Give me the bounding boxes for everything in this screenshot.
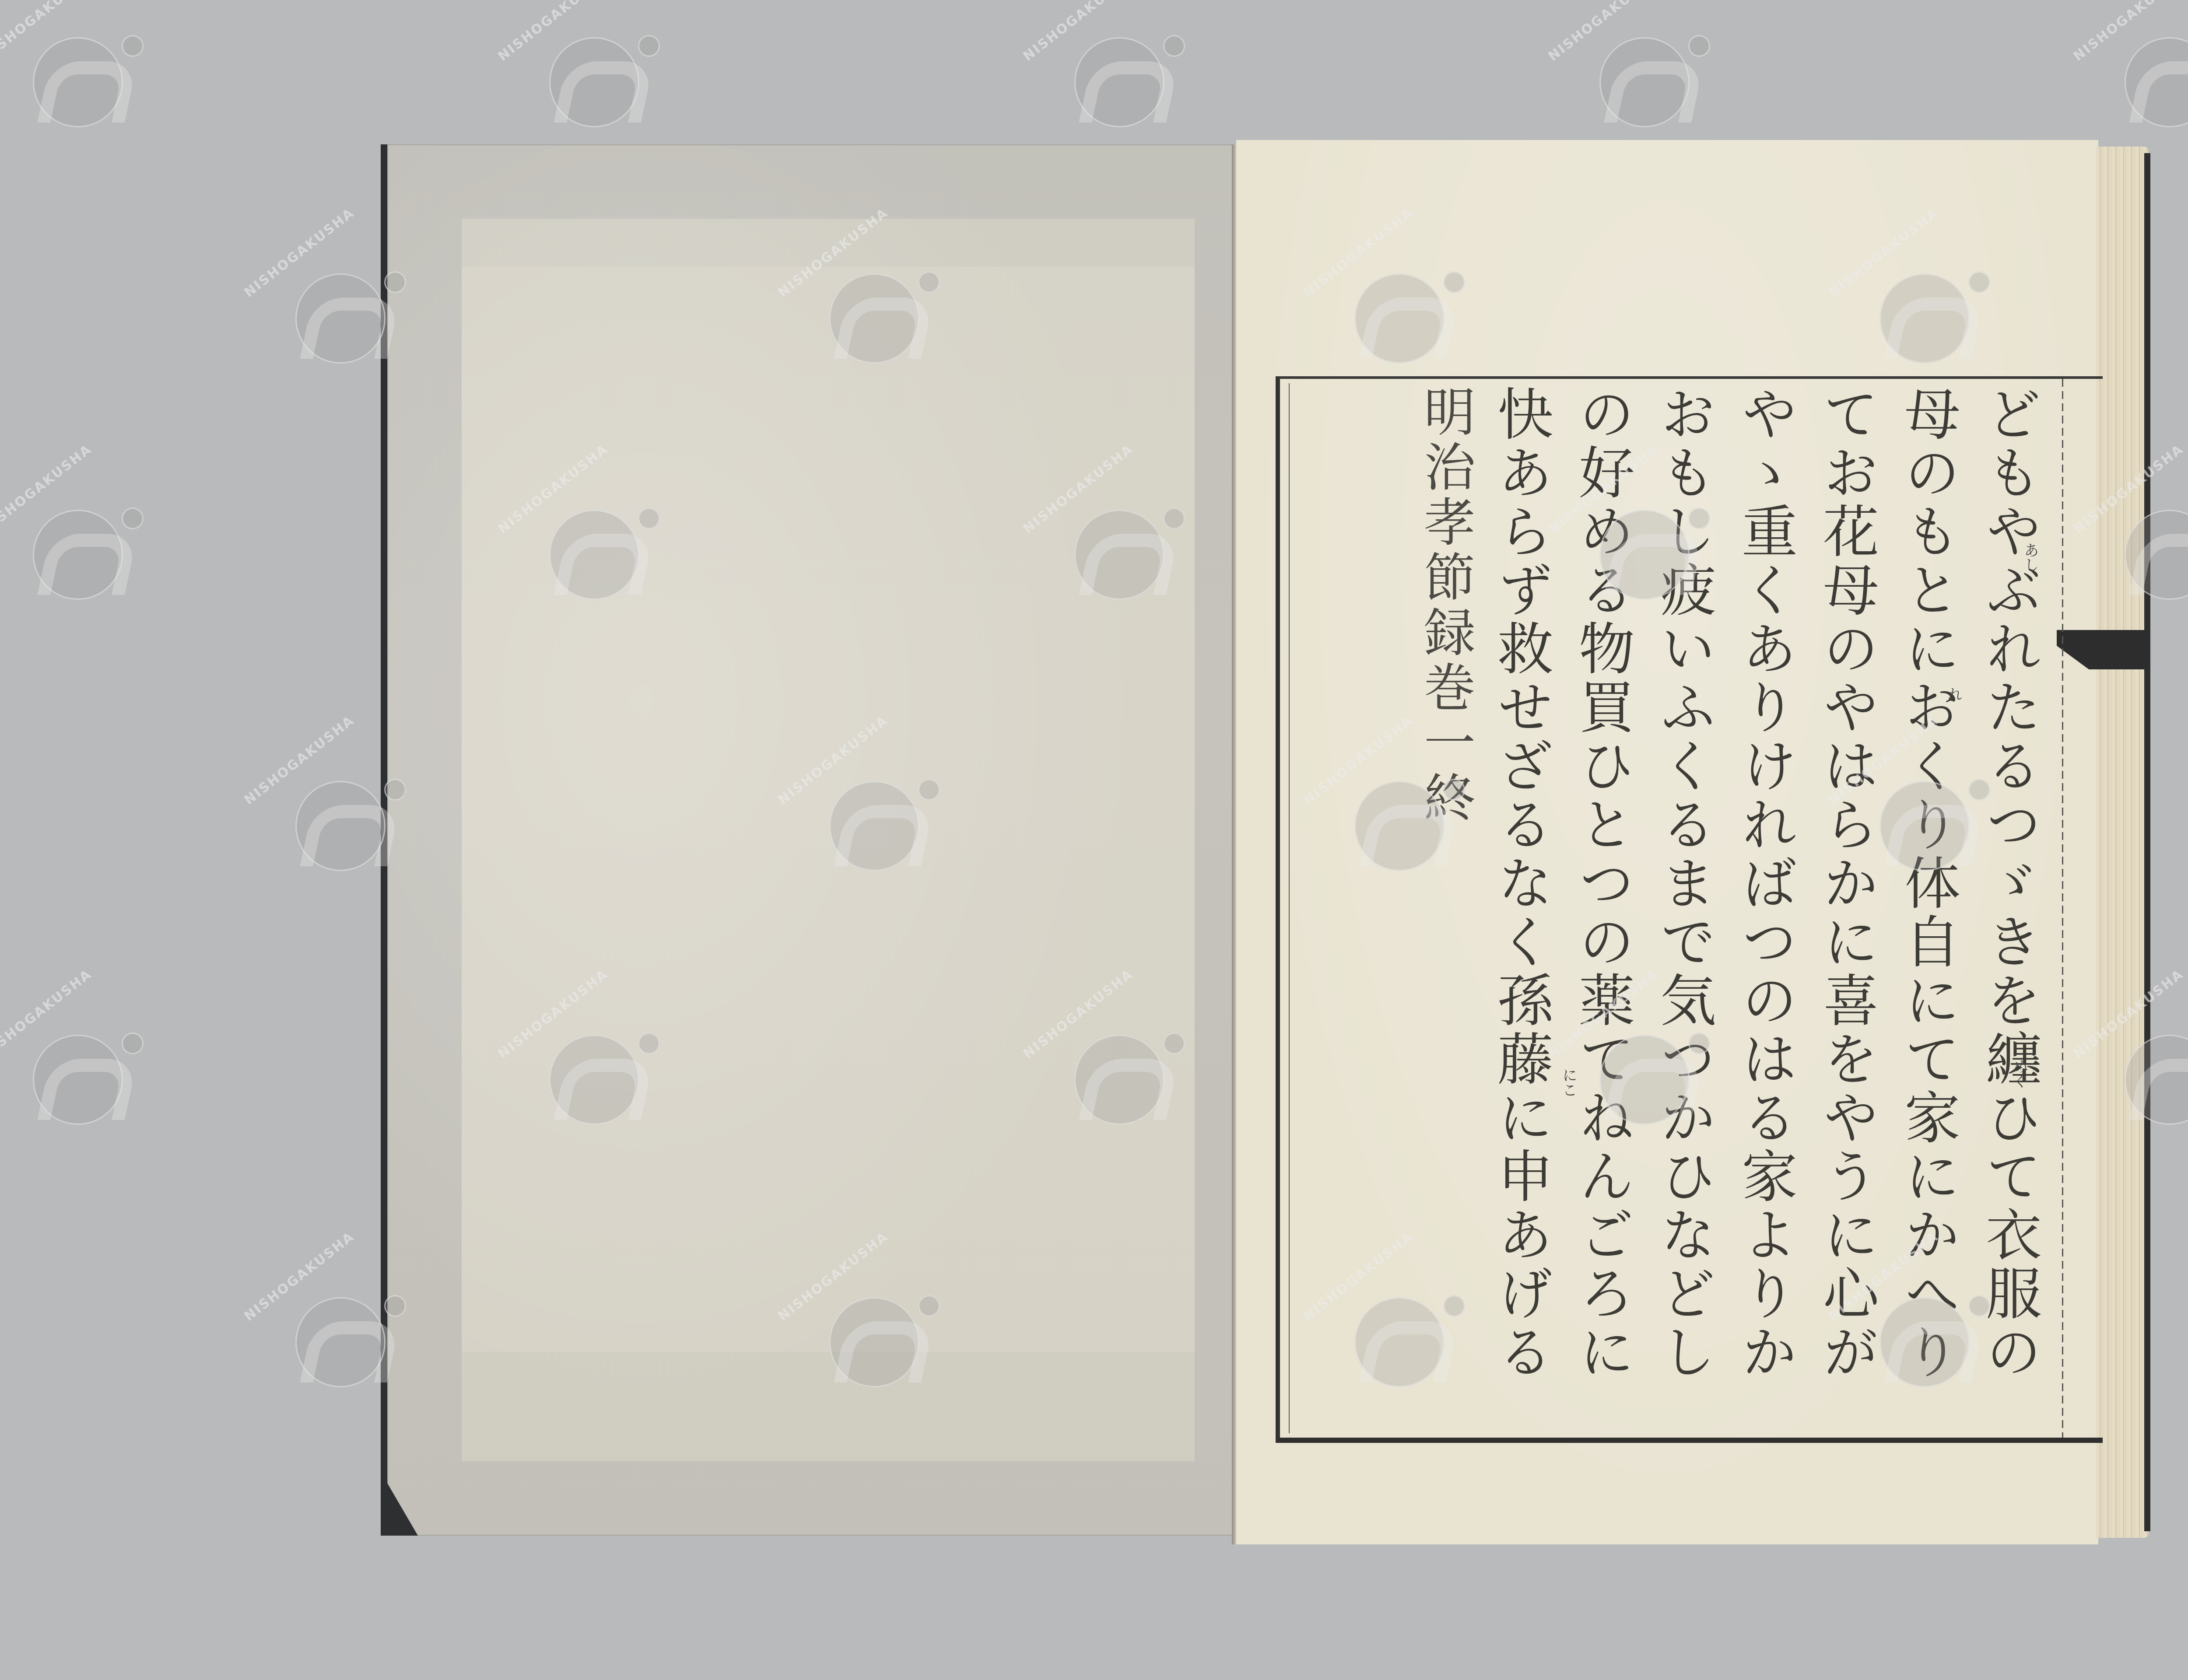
back-cover-edge [2144, 153, 2150, 1531]
furigana: あし [2020, 542, 2041, 572]
watermark-text: NISHOGAKUSHA [242, 1229, 358, 1324]
text-column-3: てお花母のやはらかに喜をやうに心がけたりしに母危篤 [1804, 385, 1885, 1409]
watermark-logo-icon: NISHOGAKUSHA [525, 9, 656, 127]
watermark-logo-icon: NISHOGAKUSHA [1050, 9, 1182, 127]
text-column-4: やゝ重くありければつのはる家よりかへりて枕辺にて日夜を [1722, 385, 1804, 1409]
text-column-5: おもし疲いふくるまで気つかひなどして少許の餅を得母 [1641, 385, 1722, 1409]
text-column-2: 母のもとにおくり体自にて家にかへり夥しく働き薪などをも [1885, 385, 1967, 1409]
text-columns: どもやぶれたるつゞきを纏ひて衣服のしきせの料とす 母のもとにおくり体自にて家にか… [1304, 385, 2048, 1409]
watermark-logo-icon: NISHOGAKUSHA [1575, 9, 1707, 127]
volume-end-title: 明治孝節録巻一終 [1408, 385, 1478, 1409]
watermark-text: NISHOGAKUSHA [0, 0, 95, 64]
watermark-text: NISHOGAKUSHA [242, 713, 358, 808]
watermark-text: NISHOGAKUSHA [2071, 0, 2187, 64]
watermark-text: NISHOGAKUSHA [242, 205, 358, 301]
watermark-logo-icon: NISHOGAKUSHA [9, 1006, 140, 1124]
text-column-1: どもやぶれたるつゞきを纏ひて衣服のしきせの料とす [1967, 385, 2048, 1409]
hashira-divider [2062, 379, 2063, 1438]
furigana: れ [1943, 687, 1964, 702]
watermark-logo-icon: NISHOGAKUSHA [9, 481, 140, 599]
page-block-edge [2096, 147, 2149, 1538]
watermark-text: NISHOGAKUSHA [1546, 0, 1662, 64]
furigana: にこ [1558, 1067, 1579, 1097]
watermark-text: NISHOGAKUSHA [0, 966, 95, 1062]
furigana: めぐ [2009, 1059, 2030, 1088]
frame-inner-line [1289, 383, 1290, 1433]
watermark-logo-icon: NISHOGAKUSHA [9, 9, 140, 127]
endpaper-center [462, 267, 1195, 1352]
watermark-logo-icon: NISHOGAKUSHA [2100, 9, 2188, 127]
text-column-6: の好める物買ひとつの薬てねんごろに介抱したりしかども一時 [1560, 385, 1641, 1409]
text-column-7: 快あらず救せざるなく孫藤に申あげるにさまり [1478, 385, 1560, 1409]
left-page-endpaper [387, 144, 1234, 1536]
watermark-text: NISHOGAKUSHA [1020, 0, 1136, 64]
watermark-text: NISHOGAKUSHA [495, 0, 611, 64]
book-spread-scene: どもやぶれたるつゞきを纏ひて衣服のしきせの料とす 母のもとにおくり体自にて家にか… [0, 0, 2188, 1680]
watermark-text: NISHOGAKUSHA [0, 441, 95, 537]
